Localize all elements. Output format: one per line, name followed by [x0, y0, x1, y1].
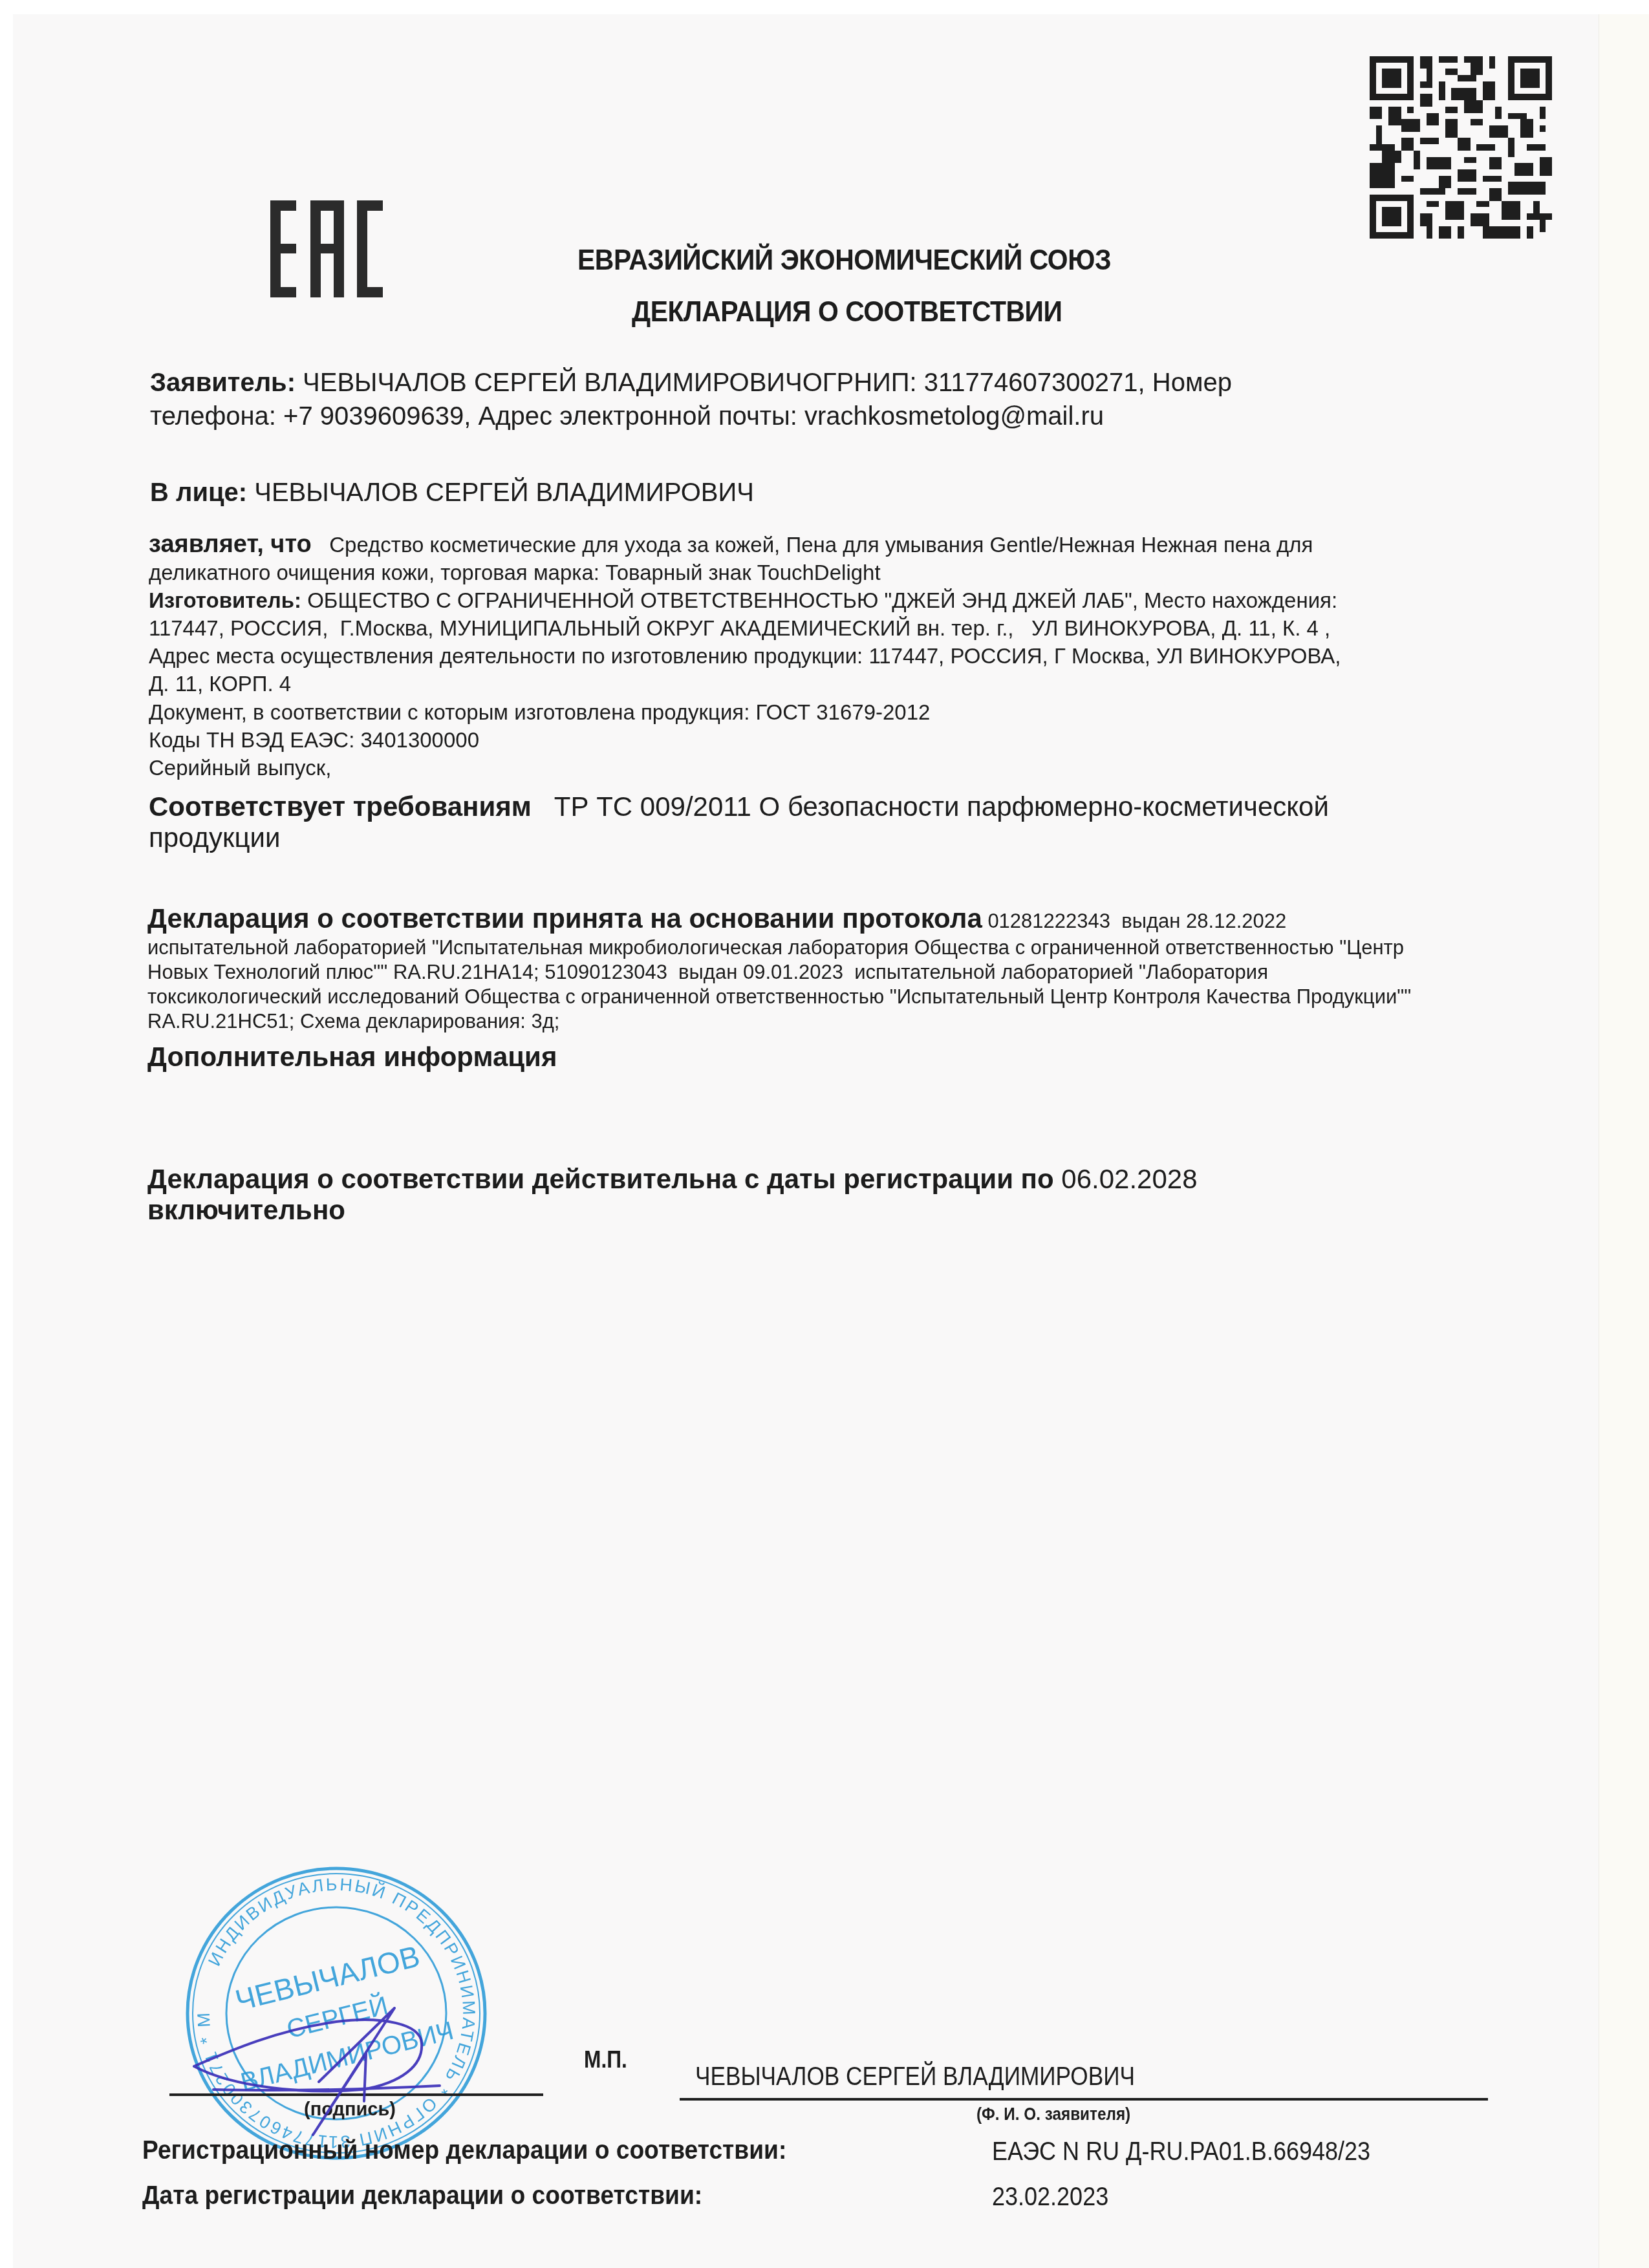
validity-date: 06.02.2028 — [1054, 1164, 1198, 1194]
signature-caption: (подпись) — [304, 2101, 396, 2119]
tn-ved-codes-line: Коды ТН ВЭД ЕАЭС: 3401300000 — [149, 729, 479, 751]
scan-margin-right — [1599, 14, 1649, 2268]
protocol-line-3: Новых Технологий плюс"" RA.RU.21HA14; 51… — [147, 962, 1268, 982]
name-line — [680, 2098, 1488, 2101]
seal-place-label: М.П. — [584, 2048, 627, 2071]
applicant-value: ЧЕВЫЧАЛОВ СЕРГЕЙ ВЛАДИМИРОВИЧОГРНИП: 311… — [296, 369, 1232, 397]
protocol-label: Декларация о соответствии принята на осн… — [147, 903, 982, 934]
signature-line — [169, 2093, 543, 2096]
manufacturer-line-4: Д. 11, КОРП. 4 — [149, 673, 291, 694]
eac-logo-icon — [270, 200, 383, 297]
protocol-line-2: испытательной лабораторией "Испытательна… — [147, 937, 1404, 957]
manufacturer-line-2: 117447, РОССИЯ, Г.Москва, МУНИЦИПАЛЬНЫЙ … — [149, 617, 1330, 639]
validity-label: Декларация о соответствии действительна … — [147, 1164, 1054, 1194]
declares-label: заявляет, что — [149, 531, 312, 558]
representative-line: В лице: ЧЕВЫЧАЛОВ СЕРГЕЙ ВЛАДИМИРОВИЧ — [150, 480, 754, 506]
applicant-line-2: телефона: +7 9039609639, Адрес электронн… — [150, 403, 1104, 429]
document-title: ДЕКЛАРАЦИЯ О СООТВЕТСТВИИ — [632, 298, 1062, 326]
registration-date-value: 23.02.2023 — [992, 2184, 1108, 2210]
protocol-line-1: Декларация о соответствии принята на осн… — [147, 905, 1286, 932]
qr-code-icon[interactable] — [1370, 56, 1552, 239]
declares-line-1: заявляет, что Средство косметические для… — [149, 532, 1313, 557]
registration-number-label: Регистрационный номер декларации о соотв… — [142, 2137, 786, 2163]
scan-margin-top — [0, 0, 1649, 14]
representative-label: В лице: — [150, 478, 247, 507]
union-title: ЕВРАЗИЙСКИЙ ЭКОНОМИЧЕСКИЙ СОЮЗ — [577, 246, 1111, 275]
applicant-full-name: ЧЕВЫЧАЛОВ СЕРГЕЙ ВЛАДИМИРОВИЧ — [695, 2064, 1135, 2090]
validity-line-1: Декларация о соответствии действительна … — [147, 1166, 1198, 1193]
manufacturer-line-1: Изготовитель: ОБЩЕСТВО С ОГРАНИЧЕННОЙ ОТ… — [149, 590, 1337, 611]
compliance-label: Соответствует требованиям — [149, 791, 532, 822]
manufacturer-line-3: Адрес места осуществления деятельности п… — [149, 645, 1341, 667]
representative-value: ЧЕВЫЧАЛОВ СЕРГЕЙ ВЛАДИМИРОВИЧ — [247, 478, 754, 507]
compliance-line-1: Соответствует требованиям ТР ТС 009/2011… — [149, 793, 1329, 820]
registration-number-value: ЕАЭС N RU Д-RU.PA01.B.66948/23 — [992, 2139, 1370, 2165]
serial-release-line: Серийный выпуск, — [149, 757, 331, 778]
protocol-number: 01281222343 выдан 28.12.2022 — [982, 910, 1286, 932]
applicant-label: Заявитель: — [150, 369, 296, 397]
protocol-line-5: RA.RU.21HC51; Схема декларирования: 3д; — [147, 1011, 559, 1031]
additional-info-heading: Дополнительная информация — [147, 1043, 557, 1071]
standard-document-line: Документ, в соответствии с которым изгот… — [149, 701, 930, 723]
registration-date-label: Дата регистрации декларации о соответств… — [142, 2183, 702, 2209]
applicant-line-1: Заявитель: ЧЕВЫЧАЛОВ СЕРГЕЙ ВЛАДИМИРОВИЧ… — [150, 370, 1232, 396]
name-caption: (Ф. И. О. заявителя) — [976, 2106, 1130, 2123]
compliance-regulation: ТР ТС 009/2011 О безопасности парфюмерно… — [532, 791, 1329, 822]
declares-value: Средство косметические для ухода за коже… — [312, 533, 1313, 557]
manufacturer-name: ОБЩЕСТВО С ОГРАНИЧЕННОЙ ОТВЕТСТВЕННОСТЬЮ… — [301, 588, 1337, 612]
protocol-line-4: токсикологический исследований Общества … — [147, 987, 1411, 1007]
validity-line-2: включительно — [147, 1197, 345, 1224]
manufacturer-label: Изготовитель: — [149, 588, 301, 612]
compliance-line-2: продукции — [149, 824, 280, 851]
declares-line-2: деликатного очищения кожи, торговая марк… — [149, 562, 881, 583]
